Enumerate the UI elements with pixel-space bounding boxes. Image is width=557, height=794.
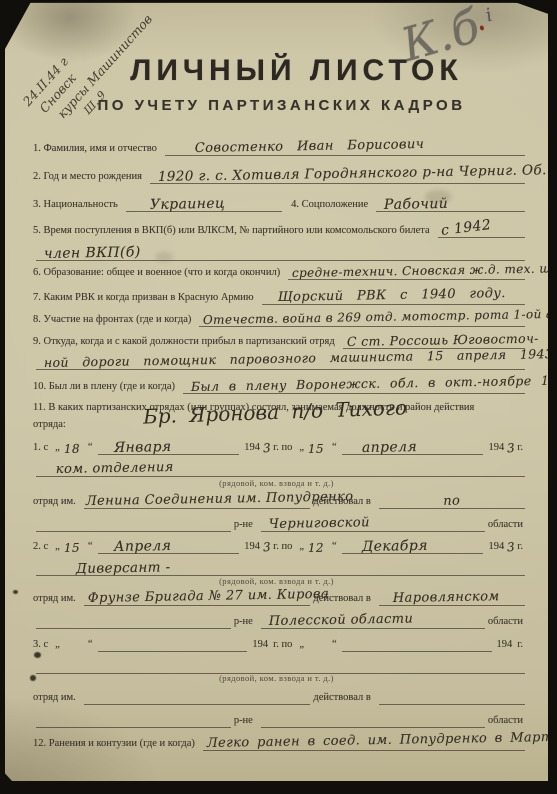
field-underline: Полесской области — [261, 613, 485, 629]
printed-year: 194 — [486, 540, 506, 554]
service-entry-1-position: ком. отделения — [33, 461, 528, 477]
quote-mark: „ — [53, 441, 62, 455]
year-digit-handwritten: 3 — [262, 540, 271, 555]
field-line-6: 6. Образование: общее и военное (что и к… — [33, 264, 528, 280]
field-label: 1. Фамилия, имя и отчество — [33, 142, 162, 156]
field-underline: 1920 г. с. Хотивля Городнянского р-на Че… — [150, 168, 525, 184]
field-underline: Фрунзе Бригада № 27 им. Кирова — [84, 590, 311, 606]
field-label: 2. Год и место рождения — [33, 170, 147, 184]
field-label: 10. Был ли в плену (где и когда) — [33, 380, 180, 394]
field-underline: Декабря — [342, 538, 484, 554]
field-underline: Января — [98, 439, 240, 455]
field-label: 9. Откуда, когда и с какой должности при… — [33, 335, 340, 349]
to-day-handwritten: 15 — [308, 442, 324, 456]
day-slot: 15 — [306, 440, 330, 455]
printed-year: 194 — [242, 441, 262, 455]
field-underline: Ленина Соединения им. Попудренко — [84, 493, 311, 509]
scan-edge-top — [0, 0, 557, 3]
printed-g: г. — [517, 638, 528, 652]
red-ink-dot — [479, 24, 484, 30]
printed-oblast: области — [488, 518, 528, 532]
quote-mark: “ — [86, 441, 95, 455]
printed-year: 194 — [495, 638, 515, 652]
service-entry-3-position — [33, 658, 528, 674]
field-value-handwritten: Щорский РВК с 1940 году. — [277, 287, 505, 305]
day-slot: 12 — [306, 539, 330, 554]
from-month-handwritten: Января — [113, 440, 171, 455]
field-underline: апреля — [342, 439, 484, 455]
printed-oblast: области — [488, 714, 528, 728]
field-underline: Черниговской — [261, 516, 485, 532]
to-month-handwritten: апреля — [361, 440, 416, 455]
printed-rne: р-не — [234, 518, 258, 532]
field-label: 8. Участие на фронтах (где и когда) — [33, 313, 196, 327]
document-scan: 24.II.44 г Сновск курсы Машинистов Ш. 9 … — [0, 0, 557, 794]
day-slot — [62, 637, 86, 652]
quote-mark: „ — [297, 638, 306, 652]
service-entry-3-dates: 3. с „ “ 194 г. по „ “ 194 г. — [33, 636, 528, 652]
entry-number: 2. с — [33, 540, 53, 554]
field-line-10: 10. Был ли в плену (где и когда) Был в п… — [33, 378, 528, 394]
region-handwritten: Черниговской — [269, 516, 370, 532]
service-entry-2-region: р-не Полесской области области — [33, 613, 528, 629]
from-month-handwritten: Апреля — [113, 539, 171, 554]
year-digit-handwritten: 3 — [507, 540, 516, 555]
field-underline — [379, 689, 525, 705]
paper-speck — [13, 590, 18, 594]
field-value-handwritten: Был в плену Воронежск. обл. в окт.-ноябр… — [191, 373, 557, 394]
year-digit-handwritten: 3 — [507, 441, 516, 456]
quote-mark: „ — [53, 638, 62, 652]
field-value-handwritten: Легко ранен в соед. им. Попудренко в Мар… — [207, 729, 557, 751]
field-label: 5. Время поступления в ВКП(б) или ВЛКСМ,… — [33, 224, 435, 238]
field-underline: Апреля — [98, 538, 240, 554]
field-value-handwritten: член ВКП(б) — [44, 245, 141, 261]
field-line-12: 12. Ранения и контузии (где и когда) Лег… — [33, 735, 528, 751]
position-hint: (рядовой, ком. взвода и т. д.) — [5, 576, 548, 586]
scan-edge-bottom — [0, 781, 557, 794]
field-underline — [98, 636, 248, 652]
field-underline: Рабочий — [376, 196, 525, 212]
printed-otryad: отряд им. — [33, 592, 81, 606]
from-day-handwritten: 18 — [64, 442, 80, 456]
printed-otryad: отряд им. — [33, 691, 81, 705]
field-underline: Был в плену Воронежск. обл. в окт.-ноябр… — [183, 378, 525, 394]
service-entry-2-dates: 2. с „ 15 “ Апреля 194 3 г. по „ 12 “ Де… — [33, 538, 528, 554]
field-underline — [36, 516, 231, 532]
field-value-handwritten: ной дороги помощник паровозного машинист… — [44, 346, 557, 370]
paper-sheet: 24.II.44 г Сновск курсы Машинистов Ш. 9 … — [5, 2, 548, 781]
quote-mark: „ — [297, 441, 306, 455]
year-digit-handwritten: 3 — [262, 441, 271, 456]
scan-edge-right — [548, 0, 557, 794]
from-day-handwritten: 15 — [64, 541, 80, 555]
service-entry-2-detachment: отряд им. Фрунзе Бригада № 27 им. Кирова… — [33, 590, 528, 606]
field-underline: Наровлянском — [379, 590, 525, 606]
field-underline: по — [379, 493, 525, 509]
field-underline: средне-технич. Сновская ж.д. тех. школа … — [288, 264, 525, 280]
quote-mark: “ — [86, 540, 95, 554]
printed-rne: р-не — [234, 714, 258, 728]
field-line-1: 1. Фамилия, имя и отчество Совостенко Ив… — [33, 140, 528, 156]
printed-g-po: г. по — [273, 441, 297, 455]
printed-otryad: отряд им. — [33, 495, 81, 509]
pencil-mark-superscript: i — [483, 4, 494, 26]
position-handwritten: Диверсант - — [76, 560, 171, 576]
field-value-handwritten: Совостенко Иван Борисович — [195, 138, 425, 156]
printed-rne: р-не — [234, 615, 258, 629]
to-day-handwritten: 12 — [308, 541, 324, 555]
field-value-handwritten: Рабочий — [384, 197, 449, 212]
field-line-9b: ной дороги помощник паровозного машинист… — [33, 354, 528, 370]
field-value-handwritten: Отечеств. война в 269 отд. мотостр. рота… — [203, 306, 557, 327]
field-value-handwritten: средне-технич. Сновская ж.д. тех. школа … — [292, 260, 557, 280]
day-slot: 18 — [62, 440, 86, 455]
field-label: 3. Национальность — [33, 198, 123, 212]
scan-edge-left — [0, 0, 5, 794]
field-line-7: 7. Каким РВК и когда призван в Красную А… — [33, 289, 528, 305]
printed-g-po: г. по — [273, 638, 297, 652]
quote-mark: “ — [330, 638, 339, 652]
region-handwritten: Полесской области — [269, 612, 414, 629]
field-value-handwritten: с 1942 — [440, 218, 492, 238]
field-underline: Украинец — [126, 196, 282, 212]
acted-in-handwritten: по — [443, 494, 460, 509]
day-slot: 15 — [62, 539, 86, 554]
quote-mark: „ — [297, 540, 306, 554]
acted-in-handwritten: Наровлянском — [393, 590, 500, 606]
printed-year: 194 — [486, 441, 506, 455]
field-line-9: 9. Откуда, когда и с какой должности при… — [33, 333, 528, 349]
field-underline: Щорский РВК с 1940 году. — [262, 289, 525, 305]
field-value-handwritten: Украинец — [150, 197, 226, 212]
position-handwritten: ком. отделения — [56, 461, 174, 477]
field-label: 6. Образование: общее и военное (что и к… — [33, 266, 285, 280]
field-underline — [84, 689, 311, 705]
field-line-5: 5. Время поступления в ВКП(б) или ВЛКСМ,… — [33, 222, 528, 238]
quote-mark: “ — [86, 638, 95, 652]
field-label: 7. Каким РВК и когда призван в Красную А… — [33, 291, 259, 305]
field-underline: Легко ранен в соед. им. Попудренко в Мар… — [203, 735, 525, 751]
service-entry-2-position: Диверсант - — [33, 560, 528, 576]
field-value-handwritten: 1920 г. с. Хотивля Городнянского р-на Че… — [158, 163, 547, 184]
field-label: отряда: — [33, 418, 71, 432]
position-hint: (рядовой, ком. взвода и т. д.) — [5, 478, 548, 488]
service-entry-1-region: р-не Черниговской области — [33, 516, 528, 532]
field-underline: с 1942 — [438, 222, 525, 238]
service-entry-3-detachment: отряд им. действовал в — [33, 689, 528, 705]
service-entry-3-region: р-не области — [33, 712, 528, 728]
position-hint: (рядовой, ком. взвода и т. д.) — [5, 673, 548, 683]
quote-mark: “ — [330, 540, 339, 554]
field-underline: член ВКП(б) — [36, 245, 525, 261]
field-underline: Совостенко Иван Борисович — [165, 140, 525, 156]
hole-punch — [34, 652, 41, 658]
printed-year: 194 — [250, 638, 270, 652]
field-underline: Диверсант - — [36, 560, 525, 576]
day-slot — [306, 637, 330, 652]
quote-mark: “ — [330, 441, 339, 455]
hole-punch — [30, 675, 36, 681]
field-line-8: 8. Участие на фронтах (где и когда) Отеч… — [33, 311, 528, 327]
quote-mark: „ — [53, 540, 62, 554]
field-underline — [36, 658, 525, 674]
field-label: 4. Соцположение — [285, 198, 373, 212]
field-underline: Отечеств. война в 269 отд. мотостр. рота… — [199, 311, 525, 327]
form-title: ЛИЧНЫЙ ЛИСТОК — [75, 54, 518, 88]
detachment-handwritten: Фрунзе Бригада № 27 им. Кирова — [88, 588, 329, 606]
field-underline — [36, 712, 231, 728]
service-entry-1-dates: 1. с „ 18 “ Января 194 3 г. по „ 15 “ ап… — [33, 439, 528, 455]
entry-number: 3. с — [33, 638, 53, 652]
entry-number: 1. с — [33, 441, 53, 455]
field-line-3-4: 3. Национальность Украинец 4. Соцположен… — [33, 196, 528, 212]
field-underline — [342, 636, 492, 652]
field-underline: ной дороги помощник паровозного машинист… — [36, 354, 525, 370]
printed-acted: действовал в — [313, 691, 375, 705]
service-entry-1-detachment: отряд им. Ленина Соединения им. Попудрен… — [33, 493, 528, 509]
printed-g: г. — [517, 441, 528, 455]
field-underline — [36, 613, 231, 629]
field-line-5b: член ВКП(б) — [33, 245, 528, 261]
to-month-handwritten: Декабря — [361, 539, 427, 554]
field-label: 12. Ранения и контузии (где и когда) — [33, 737, 200, 751]
field-underline — [261, 712, 485, 728]
form-subtitle: ПО УЧЕТУ ПАРТИЗАНСКИХ КАДРОВ — [35, 97, 528, 114]
field-underline: ком. отделения — [36, 461, 525, 477]
printed-oblast: области — [488, 615, 528, 629]
printed-g: г. — [517, 540, 528, 554]
printed-year: 194 — [242, 540, 262, 554]
field-line-2: 2. Год и место рождения 1920 г. с. Хотив… — [33, 168, 528, 184]
printed-g-po: г. по — [273, 540, 297, 554]
